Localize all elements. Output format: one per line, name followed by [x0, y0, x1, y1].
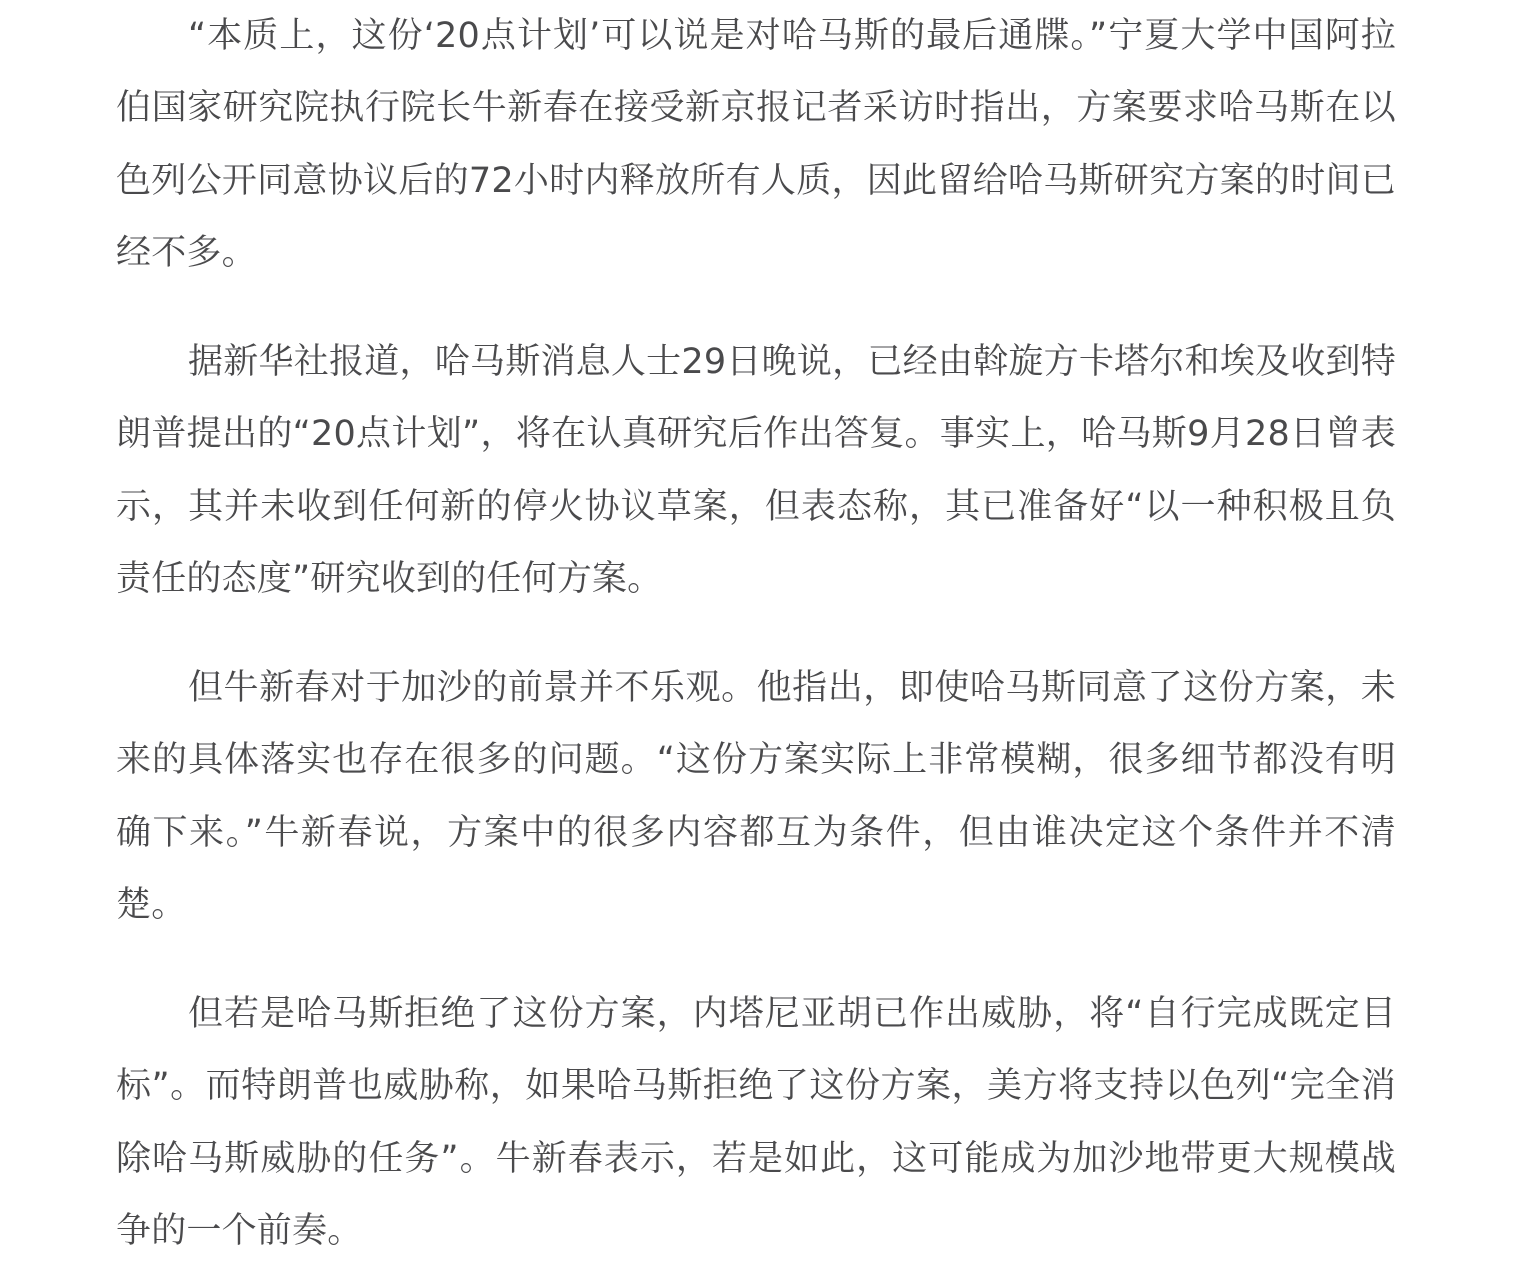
article-paragraph: 据新华社报道，哈马斯消息人士29日晚说，已经由斡旋方卡塔尔和埃及收到特朗普提出的…	[116, 326, 1396, 616]
article-body: “本质上，这份‘20点计划’可以说是对哈马斯的最后通牒。”宁夏大学中国阿拉伯国家…	[116, 0, 1396, 1266]
article-paragraph: “本质上，这份‘20点计划’可以说是对哈马斯的最后通牒。”宁夏大学中国阿拉伯国家…	[116, 0, 1396, 290]
article-paragraph: 但若是哈马斯拒绝了这份方案，内塔尼亚胡已作出威胁，将“自行完成既定目标”。而特朗…	[116, 978, 1396, 1266]
article-paragraph: 但牛新春对于加沙的前景并不乐观。他指出，即使哈马斯同意了这份方案，未来的具体落实…	[116, 652, 1396, 942]
